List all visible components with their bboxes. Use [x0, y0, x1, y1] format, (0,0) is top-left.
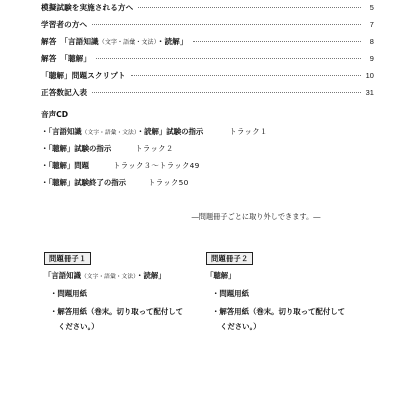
toc-entry-title: 学習者の方へ: [41, 19, 87, 30]
subject-prefix: 「聴解」: [206, 271, 236, 280]
toc-entry[interactable]: 解答 「聴解」 9: [41, 53, 374, 70]
cd-track-number: トラック１: [229, 126, 267, 137]
dot-leader: [92, 24, 361, 25]
cd-track-label: ・「言語知識（文字・語彙・文法）・読解」試験の指示: [41, 126, 203, 137]
cd-track-label: ・「聴解」試験終了の指示: [41, 177, 126, 188]
booklet-item-continued: ください。）: [44, 321, 183, 332]
booklet-item: ・解答用紙（巻末。切り取って配付して: [44, 306, 183, 317]
toc-entry-page: 31: [366, 88, 374, 97]
toc-entry-page: 7: [366, 20, 374, 29]
toc-entry-page: 8: [366, 37, 374, 46]
toc-entry-title: 解答 「聴解」: [41, 53, 91, 64]
cd-track-number: トラック２: [135, 143, 173, 154]
dot-leader: [131, 75, 361, 76]
title-prefix: 解答 「言語知識: [41, 37, 99, 46]
toc-entry-page: 10: [366, 71, 374, 80]
cd-track-row: ・「聴解」試験の指示 トラック２: [41, 143, 268, 160]
dot-leader: [138, 7, 361, 8]
dot-leader: [193, 41, 361, 42]
cd-heading: 音声CD: [41, 109, 268, 126]
booklet-2: 問題冊子２ 「聴解」 ・問題用紙 ・解答用紙（巻末。切り取って配付して ください…: [206, 246, 345, 332]
cd-track-number: トラック50: [148, 177, 189, 188]
booklet-subject: 「言語知識（文字・語彙・文法）・読解」: [44, 270, 183, 281]
booklet-item: ・問題用紙: [206, 288, 345, 299]
toc-entry[interactable]: 解答 「言語知識（文字・語彙・文法）・読解」 8: [41, 36, 374, 53]
toc-entry[interactable]: 模擬試験を実施される方へ 5: [41, 2, 374, 19]
dot-leader: [96, 58, 361, 59]
toc-entry-title: 「聴解」問題スクリプト: [41, 70, 126, 81]
toc-entry-title: 模擬試験を実施される方へ: [41, 2, 133, 13]
subject-prefix: 「言語知識: [44, 271, 81, 280]
booklet-1: 問題冊子１ 「言語知識（文字・語彙・文法）・読解」 ・問題用紙 ・解答用紙（巻末…: [44, 246, 183, 332]
booklet-item: ・問題用紙: [44, 288, 183, 299]
audio-cd-section: 音声CD ・「言語知識（文字・語彙・文法）・読解」試験の指示 トラック１ ・「聴…: [41, 109, 268, 194]
cd-track-row: ・「聴解」試験終了の指示 トラック50: [41, 177, 268, 194]
booklet-label: 問題冊子１: [44, 252, 91, 265]
toc-entry[interactable]: 「聴解」問題スクリプト 10: [41, 70, 374, 87]
toc-entry-title: 解答 「言語知識（文字・語彙・文法）・読解」: [41, 36, 188, 47]
booklet-label: 問題冊子２: [206, 252, 253, 265]
label-small: （文字・語彙・文法）: [82, 130, 137, 136]
label-prefix: ・「言語知識: [41, 127, 82, 136]
detach-note: ―問題冊子ごとに取り外しできます。―: [0, 212, 400, 222]
cd-track-label: ・「聴解」試験の指示: [41, 143, 111, 154]
subject-small: （文字・語彙・文法）: [81, 274, 136, 280]
dot-leader: [92, 92, 360, 93]
cd-track-label: ・「聴解」問題: [41, 160, 89, 171]
subject-suffix: ・読解」: [136, 271, 166, 280]
toc-entry-page: 9: [366, 54, 374, 63]
label-suffix: ・読解」試験の指示: [137, 127, 204, 136]
cd-track-number: トラック３～トラック49: [113, 160, 200, 171]
toc-entry[interactable]: 学習者の方へ 7: [41, 19, 374, 36]
table-of-contents: 模擬試験を実施される方へ 5 学習者の方へ 7 解答 「言語知識（文字・語彙・文…: [41, 2, 374, 104]
booklet-subject: 「聴解」: [206, 270, 345, 281]
title-suffix: ・読解」: [157, 37, 188, 46]
cd-track-row: ・「言語知識（文字・語彙・文法）・読解」試験の指示 トラック１: [41, 126, 268, 143]
cd-track-row: ・「聴解」問題 トラック３～トラック49: [41, 160, 268, 177]
booklet-item: ・解答用紙（巻末。切り取って配付して: [206, 306, 345, 317]
toc-entry-page: 5: [366, 3, 374, 12]
title-small: （文字・語彙・文法）: [99, 39, 157, 46]
toc-entry-title: 正答数記入表: [41, 87, 87, 98]
toc-entry[interactable]: 正答数記入表 31: [41, 87, 374, 104]
booklet-item-continued: ください。）: [206, 321, 345, 332]
